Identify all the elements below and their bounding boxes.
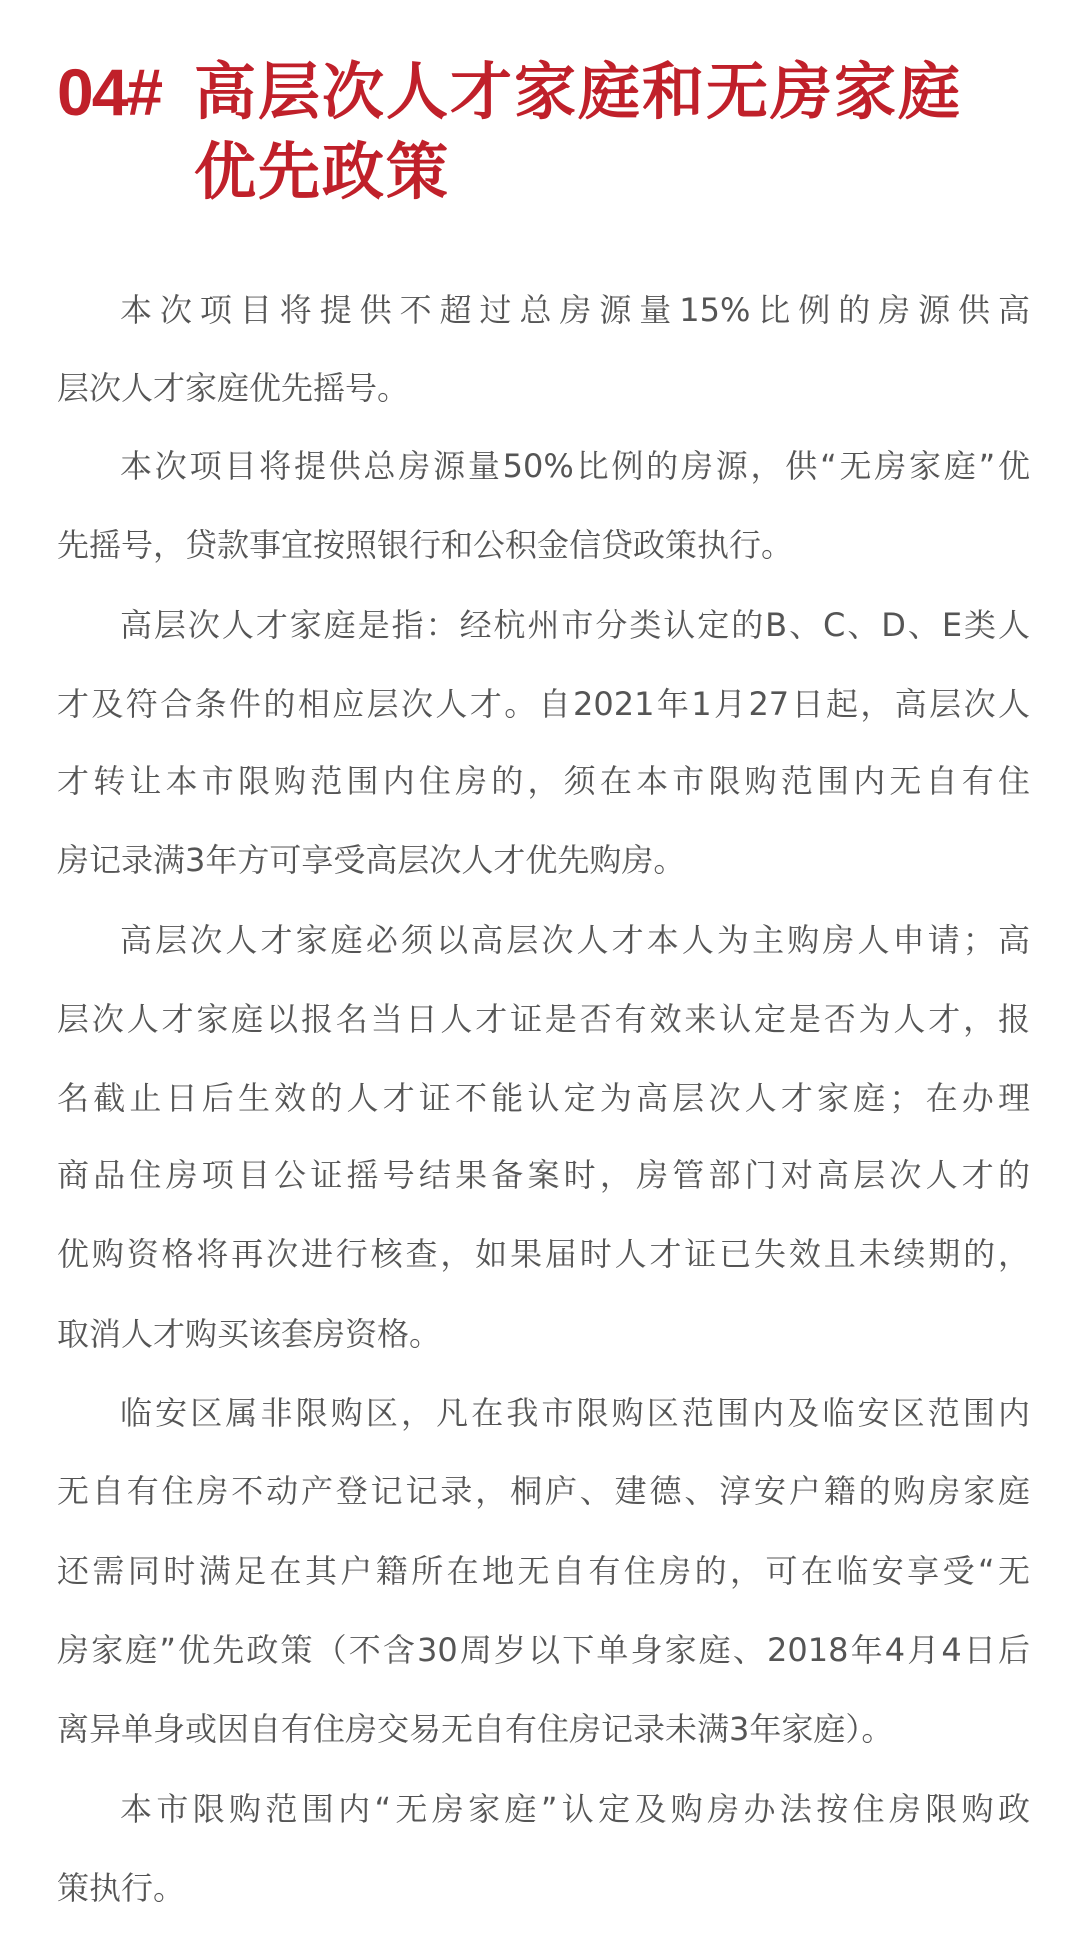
paragraph-4-line-1: 高层次人才家庭必须以高层次人才本人为主购房人申请；高	[120, 920, 1030, 960]
paragraph-5-line-5: 离异单身或因自有住房交易无自有住房记录未满3年家庭）。	[57, 1709, 1030, 1749]
paragraph-5-line-4: 房家庭”优先政策（不含30周岁以下单身家庭、2018年4月4日后	[57, 1630, 1030, 1670]
paragraph-3-line-4: 房记录满3年方可享受高层次人才优先购房。	[57, 840, 1030, 880]
paragraph-2-line-2: 先摇号，贷款事宜按照银行和公积金信贷政策执行。	[57, 525, 1030, 565]
paragraph-2-line-1: 本次项目将提供总房源量50%比例的房源，供“无房家庭”优	[120, 446, 1030, 486]
paragraph-4-line-4: 商品住房项目公证摇号结果备案时，房管部门对高层次人才的	[57, 1155, 1030, 1195]
section-title-line-2: 优先政策	[194, 132, 450, 212]
section-title-line-1: 高层次人才家庭和无房家庭	[194, 52, 962, 132]
paragraph-5-line-1: 临安区属非限购区，凡在我市限购区范围内及临安区范围内	[120, 1393, 1030, 1433]
paragraph-5-line-3: 还需同时满足在其户籍所在地无自有住房的，可在临安享受“无	[57, 1551, 1030, 1591]
paragraph-4-line-5: 优购资格将再次进行核查，如果届时人才证已失效且未续期的，	[57, 1234, 1030, 1274]
paragraph-1-line-2: 层次人才家庭优先摇号。	[57, 368, 1030, 408]
paragraph-3-line-2: 才及符合条件的相应层次人才。自2021年1月27日起，高层次人	[57, 684, 1030, 724]
paragraph-3-line-3: 才转让本市限购范围内住房的，须在本市限购范围内无自有住	[57, 761, 1030, 801]
paragraph-1-line-1: 本次项目将提供不超过总房源量15%比例的房源供高	[120, 290, 1030, 330]
section-number: 04#	[57, 52, 161, 132]
paragraph-6-line-1: 本市限购范围内“无房家庭”认定及购房办法按住房限购政	[120, 1789, 1030, 1829]
paragraph-3-line-1: 高层次人才家庭是指：经杭州市分类认定的B、C、D、E类人	[120, 605, 1030, 645]
paragraph-5-line-2: 无自有住房不动产登记记录，桐庐、建德、淳安户籍的购房家庭	[57, 1471, 1030, 1511]
paragraph-4-line-3: 名截止日后生效的人才证不能认定为高层次人才家庭；在办理	[57, 1078, 1030, 1118]
paragraph-6-line-2: 策执行。	[57, 1868, 1030, 1908]
paragraph-4-line-2: 层次人才家庭以报名当日人才证是否有效来认定是否为人才，报	[57, 999, 1030, 1039]
paragraph-4-line-6: 取消人才购买该套房资格。	[57, 1314, 1030, 1354]
